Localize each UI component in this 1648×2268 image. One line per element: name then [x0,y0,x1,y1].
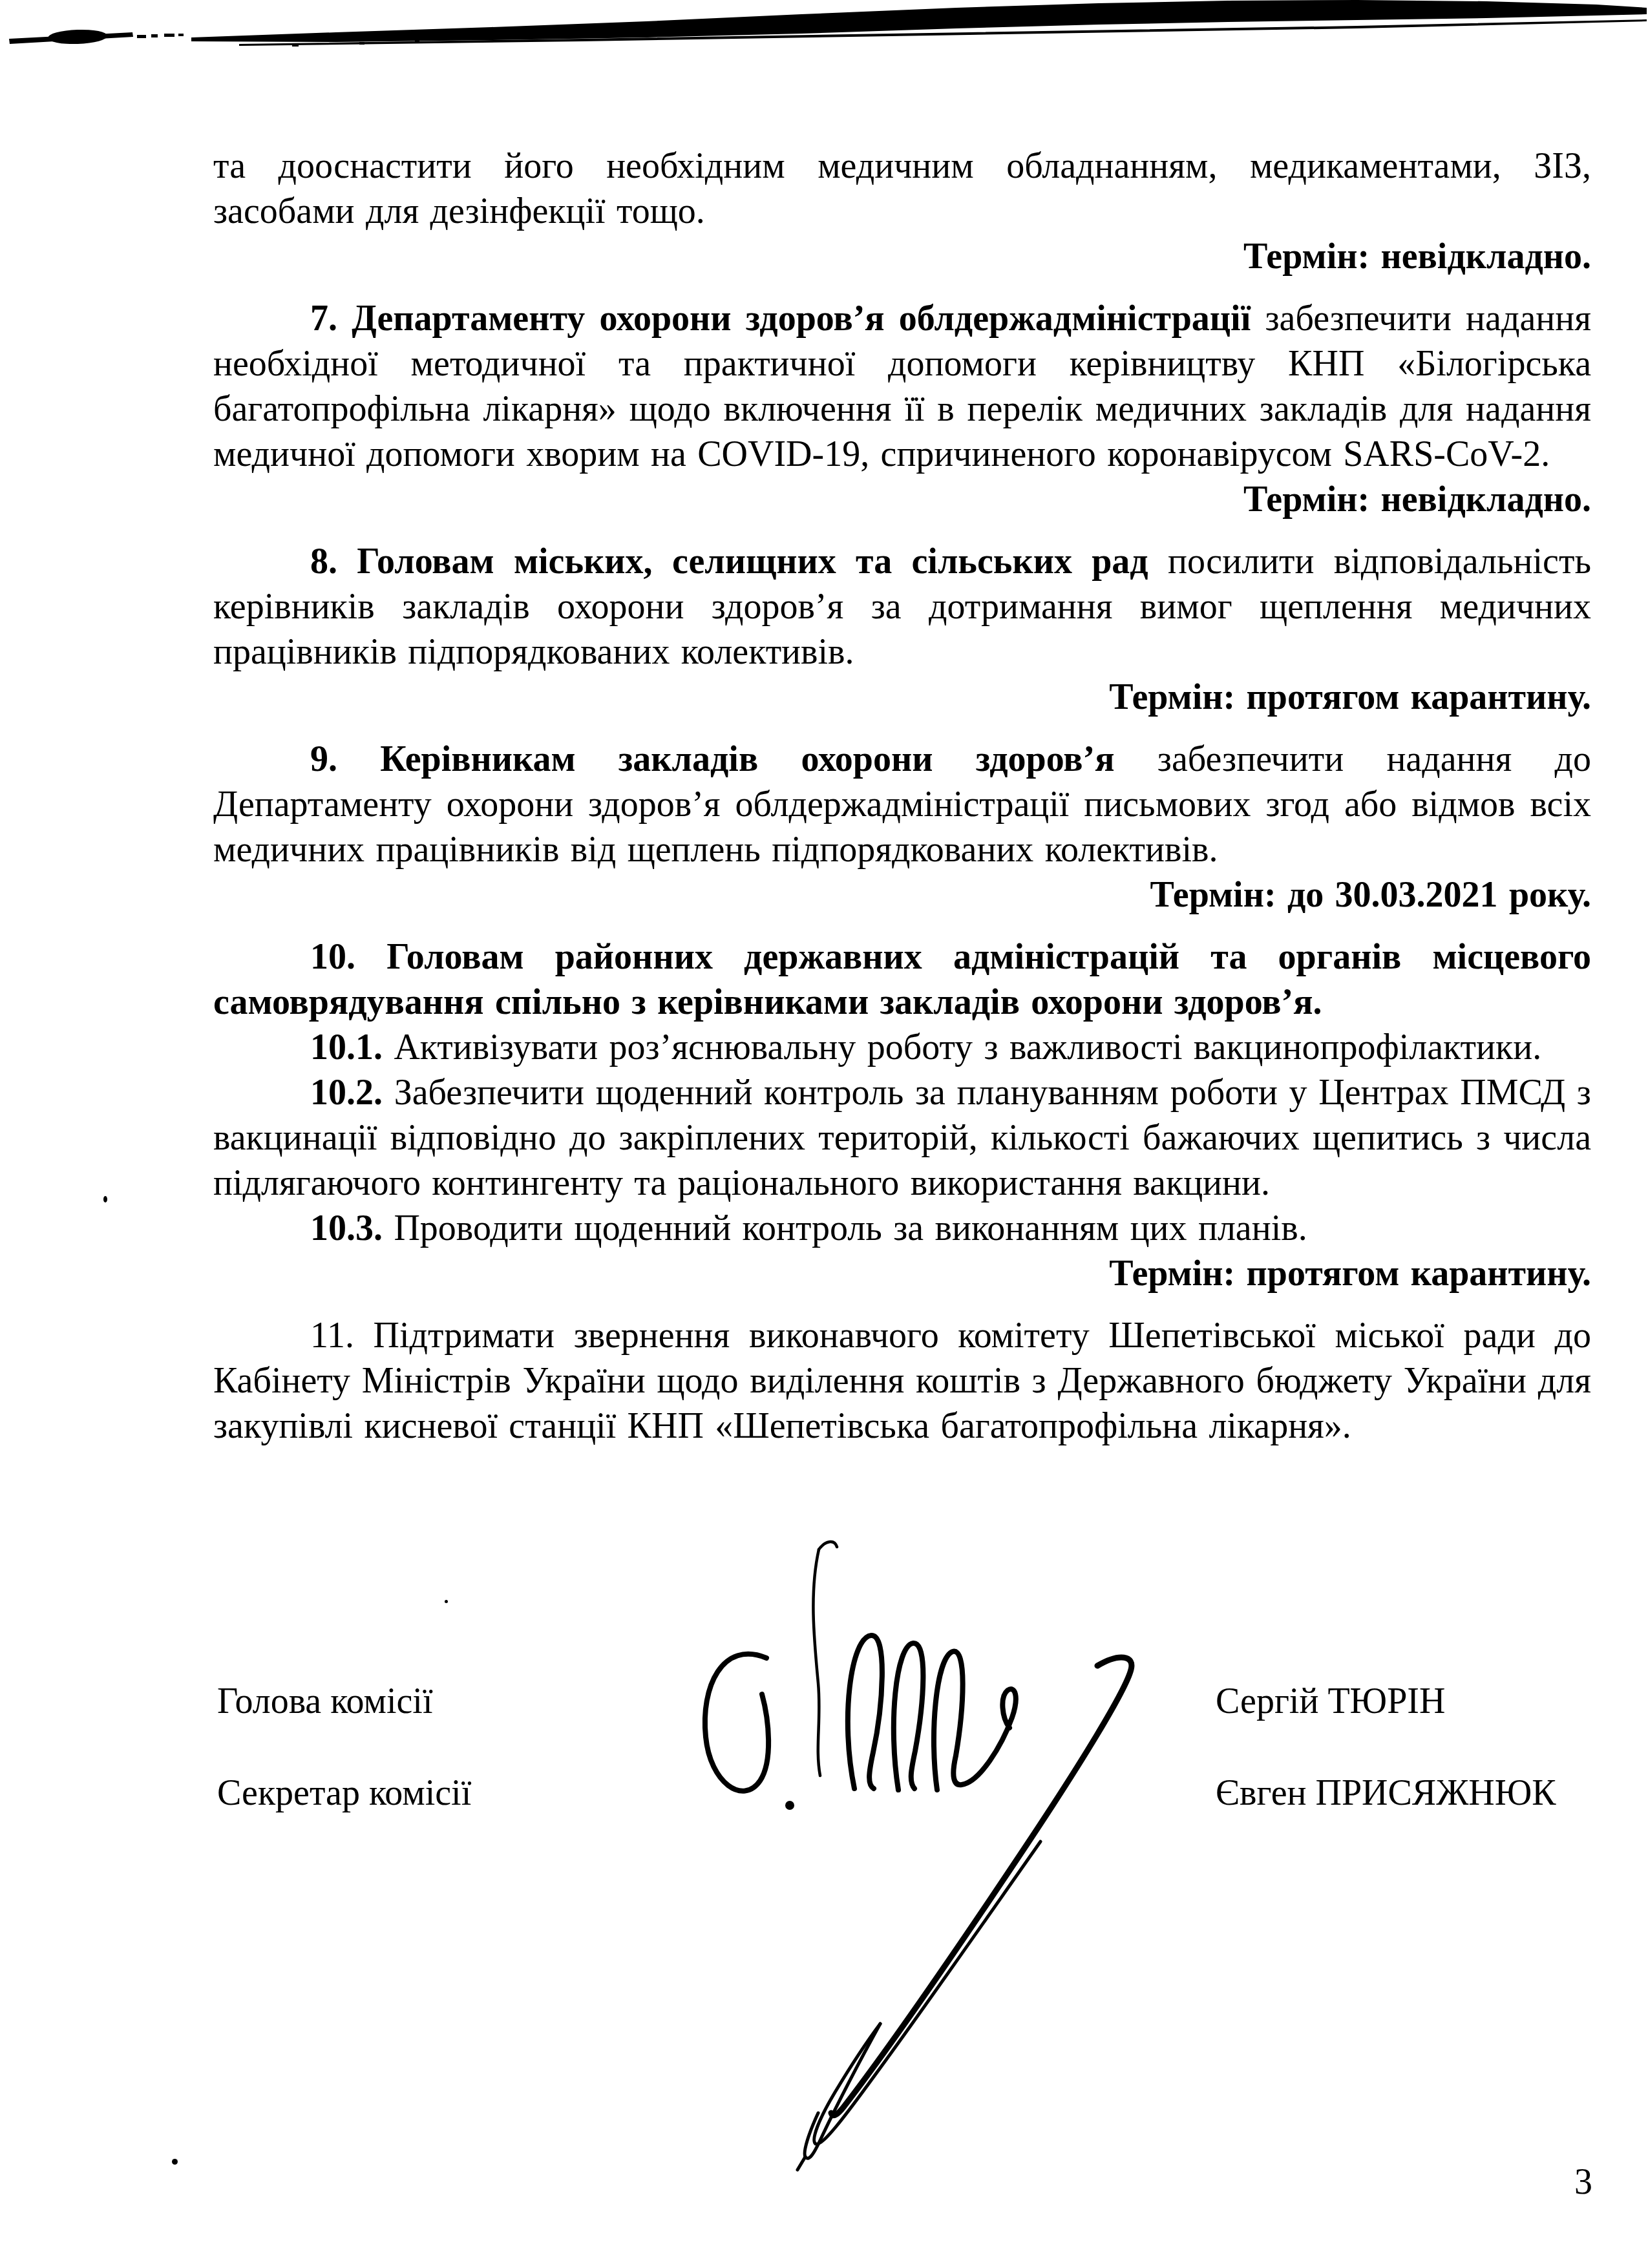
paragraph-number-lead: 10.1. [310,1027,383,1067]
term-line-2: Термін: невідкладно. [213,477,1591,522]
paragraph-text: 11. Підтримати звернення виконавчого ком… [213,1316,1591,1446]
signature-role-secretary: Секретар комісії [217,1770,471,1816]
paragraph-9: 9. Керівникам закладів охорони здоров’я … [213,737,1591,872]
term-line-4: Термін: до 30.03.2021 року. [213,872,1591,918]
signature-name-secretary: Євген ПРИСЯЖНЮК [1216,1770,1556,1816]
term-line-1: Термін: невідкладно. [213,234,1591,279]
paragraph-number-lead: 8. Головам міських, селищних та сільськи… [310,541,1148,582]
paragraph-text: Активізувати роз’яснювальну роботу з важ… [394,1027,1541,1067]
term-line-5: Термін: протягом карантину. [213,1251,1591,1296]
paragraph-7: 7. Департаменту охорони здоров’я облдерж… [213,296,1591,477]
page-number: 3 [1574,2159,1592,2205]
paragraph-text: 10. Головам районних державних адміністр… [213,937,1591,1022]
paragraph-10-2: 10.2. Забезпечити щоденний контроль за п… [213,1070,1591,1206]
paragraph-number-lead: 10.3. [310,1208,383,1248]
paragraph-10: 10. Головам районних державних адміністр… [213,934,1591,1025]
paragraph-text: та дооснастити його необхідним медичним … [213,146,1591,231]
ink-speck [172,2159,178,2165]
paragraph-10-3: 10.3. Проводити щоденний контроль за вик… [213,1206,1591,1251]
paragraph-number-lead: 10.2. [310,1073,383,1113]
paragraph-10-1: 10.1. Активізувати роз’яснювальну роботу… [213,1025,1591,1070]
scan-artifact-streak [0,0,1648,71]
scanned-document-page: та дооснастити його необхідним медичним … [0,0,1648,2268]
ink-speck [445,1600,448,1603]
term-line-3: Термін: протягом карантину. [213,675,1591,720]
handwritten-signature [646,1531,1176,2184]
signature-role-head: Голова комісії [217,1679,432,1724]
paragraph-text: Забезпечити щоденний контроль за планува… [213,1073,1591,1203]
paragraph-number-lead: 7. Департаменту охорони здоров’я облдерж… [310,299,1251,339]
paragraph-number-lead: 9. Керівникам закладів охорони здоров’я [310,739,1115,779]
document-body: та дооснастити його необхідним медичним … [213,143,1591,1449]
ink-speck [103,1196,107,1202]
paragraph-continuation: та дооснастити його необхідним медичним … [213,143,1591,234]
paragraph-8: 8. Головам міських, селищних та сільськи… [213,539,1591,675]
paragraph-11: 11. Підтримати звернення виконавчого ком… [213,1313,1591,1449]
signature-name-head: Сергій ТЮРІН [1216,1679,1445,1724]
paragraph-text: Проводити щоденний контроль за виконання… [394,1208,1307,1248]
